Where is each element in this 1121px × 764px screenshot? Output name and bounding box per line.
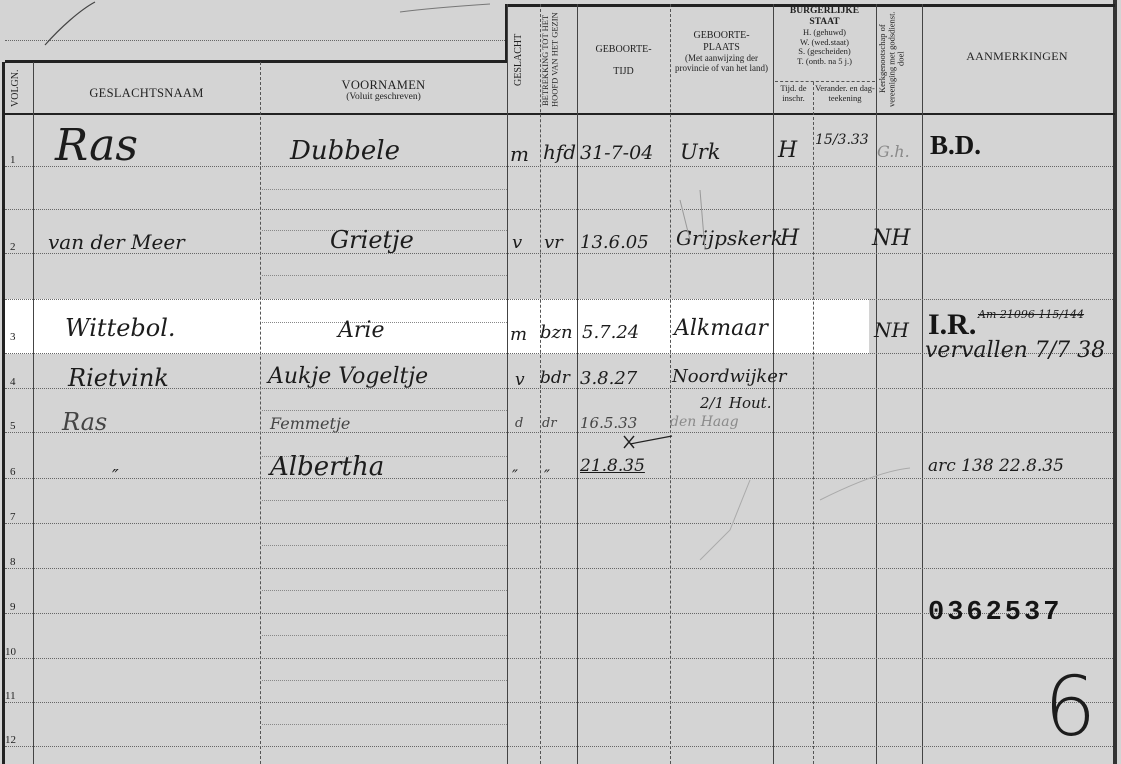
header-geboortetijd: GEBOORTE- TIJD <box>577 44 670 77</box>
page-number: 6 <box>1044 660 1096 755</box>
row4-relation: bdr <box>540 368 570 388</box>
header-voornamen-sub: (Voluit geschreven) <box>260 92 507 103</box>
row-line <box>5 432 1113 433</box>
row-line <box>5 568 1113 569</box>
pencil-scribble-icon <box>660 180 910 580</box>
row-number: 5 <box>10 420 16 432</box>
header-geslachtsnaam: GESLACHTSNAAM <box>33 86 260 100</box>
row-line <box>5 523 1113 524</box>
header-betrekking: BETREKKING TOT HET HOOFD VAN HET GEZIN <box>541 8 577 112</box>
row6-surname-ditto: ″ <box>112 466 119 487</box>
header-geboorteplaats: GEBOORTE- PLAATS (Met aanwijzing der pro… <box>670 30 773 74</box>
row6-sex-ditto: ″ <box>512 466 518 485</box>
row-number: 7 <box>10 511 16 523</box>
pen-scribble-icon <box>0 0 520 60</box>
row-line <box>5 299 1113 300</box>
row1-civil: H <box>778 138 797 163</box>
row5-birthdate: 16.5.33 <box>580 414 637 432</box>
header-voornamen: VOORNAMEN (Voluit geschreven) <box>260 78 507 103</box>
row3-remarks-2: vervallen 7/7 38 <box>925 338 1105 363</box>
row-number: 4 <box>10 376 16 388</box>
row4-birthdate: 3.8.27 <box>580 368 637 389</box>
row2-birthdate: 13.6.05 <box>580 232 649 253</box>
row-half-line <box>262 410 507 411</box>
row3-surname: Wittebol. <box>65 314 176 342</box>
row-half-line <box>262 500 507 501</box>
row4-surname: Rietvink <box>68 364 169 392</box>
header-volgn: VOLGN. <box>10 66 28 110</box>
row-number: 11 <box>5 690 16 702</box>
row3-birthdate: 5.7.24 <box>582 322 639 343</box>
row-number: 3 <box>10 331 16 343</box>
row-number: 12 <box>5 734 16 746</box>
header-burgerlijke-staat: BURGERLIJKE STAAT H. (gehuwd) W. (wed.st… <box>773 6 876 67</box>
header-bottom-border <box>5 113 1115 115</box>
row1-birthplace: Urk <box>680 140 720 164</box>
header-geboorteplaats-2: PLAATS <box>670 42 773 54</box>
header-bs-t: T. (ontb. na 5 j.) <box>773 57 876 67</box>
row6-relation-ditto: ″ <box>544 466 550 485</box>
row-line <box>5 702 1113 703</box>
card-number-stamp: 0362537 <box>928 598 1062 628</box>
row-half-line <box>262 322 507 323</box>
header-geboortetijd-1: GEBOORTE- <box>577 44 670 56</box>
row1-remarks-stamp: B.D. <box>930 130 981 161</box>
row3-relation: bzn <box>540 322 573 343</box>
header-bs-1: BURGERLIJKE <box>773 6 876 17</box>
header-verander: Verander. en dag-teekening <box>814 84 876 104</box>
row5-surname: Ras <box>62 408 107 436</box>
subheader-divider <box>775 81 875 82</box>
header-kerkgenootschap: Kerkgenootschap of vereeniging met godsd… <box>878 6 920 112</box>
row3-given: Arie <box>338 318 384 343</box>
row-number: 6 <box>10 466 16 478</box>
row-line <box>5 166 1113 167</box>
row-half-line <box>262 275 507 276</box>
row-line <box>5 746 1113 747</box>
row4-given: Aukje Vogeltje <box>268 364 428 389</box>
header-voornamen-label: VOORNAMEN <box>260 78 507 92</box>
row-line <box>5 388 1113 389</box>
row6-given: Albertha <box>270 452 384 482</box>
row1-given: Dubbele <box>290 136 400 166</box>
row3-sex: m <box>510 324 527 345</box>
header-aanmerkingen: AANMERKINGEN <box>922 50 1112 64</box>
header-top-border <box>5 60 508 63</box>
row-half-line <box>262 545 507 546</box>
col-divider <box>507 4 509 764</box>
row1-sex: m <box>510 142 529 166</box>
row2-sex: v <box>512 232 522 253</box>
row6-remarks: arc 138 22.8.35 <box>928 456 1064 476</box>
row3-remarks-struck: Am 21096 115/144 <box>978 308 1084 321</box>
row-line <box>5 478 1113 479</box>
row-half-line <box>262 189 507 190</box>
header-geboorteplaats-1: GEBOORTE- <box>670 30 773 42</box>
row-half-line <box>262 724 507 725</box>
header-geboorteplaats-sub: (Met aanwijzing der provincie of van het… <box>670 53 773 74</box>
row1-birthdate: 31-7-04 <box>580 142 653 164</box>
row6-birthdate: 21.8.35 <box>580 456 645 476</box>
header-tijd-inschr: Tijd. de inschr. <box>774 84 813 104</box>
row1-church: G.h. <box>877 142 910 161</box>
row-number: 9 <box>10 601 16 613</box>
row-number: 10 <box>5 646 16 658</box>
header-geboortetijd-2: TIJD <box>577 66 670 78</box>
row1-civil-date: 15/3.33 <box>815 132 869 148</box>
row-half-line <box>262 680 507 681</box>
row1-relation: hfd <box>543 140 576 164</box>
row-half-line <box>262 590 507 591</box>
row-line <box>5 658 1113 659</box>
row2-given: Grietje <box>330 226 414 254</box>
register-card: VOLGN. GESLACHTSNAAM VOORNAMEN (Voluit g… <box>0 0 1121 764</box>
row2-surname: van der Meer <box>48 230 185 254</box>
row-half-line <box>262 635 507 636</box>
row-number: 1 <box>10 154 16 166</box>
row-line <box>5 209 1113 210</box>
row5-given: Femmetje <box>270 414 350 433</box>
row4-sex: v <box>515 370 525 390</box>
row5-relation: dr <box>542 416 557 431</box>
row-number: 2 <box>10 241 16 253</box>
row5-sex: d <box>515 416 523 431</box>
row2-relation: vr <box>544 232 563 253</box>
row3-remarks-stamp: I.R. <box>928 308 976 342</box>
col-divider <box>577 4 579 764</box>
header-geslacht: GESLACHT <box>513 10 535 110</box>
row-number: 8 <box>10 556 16 568</box>
col-divider <box>922 4 924 764</box>
row1-surname: Ras <box>55 120 138 171</box>
